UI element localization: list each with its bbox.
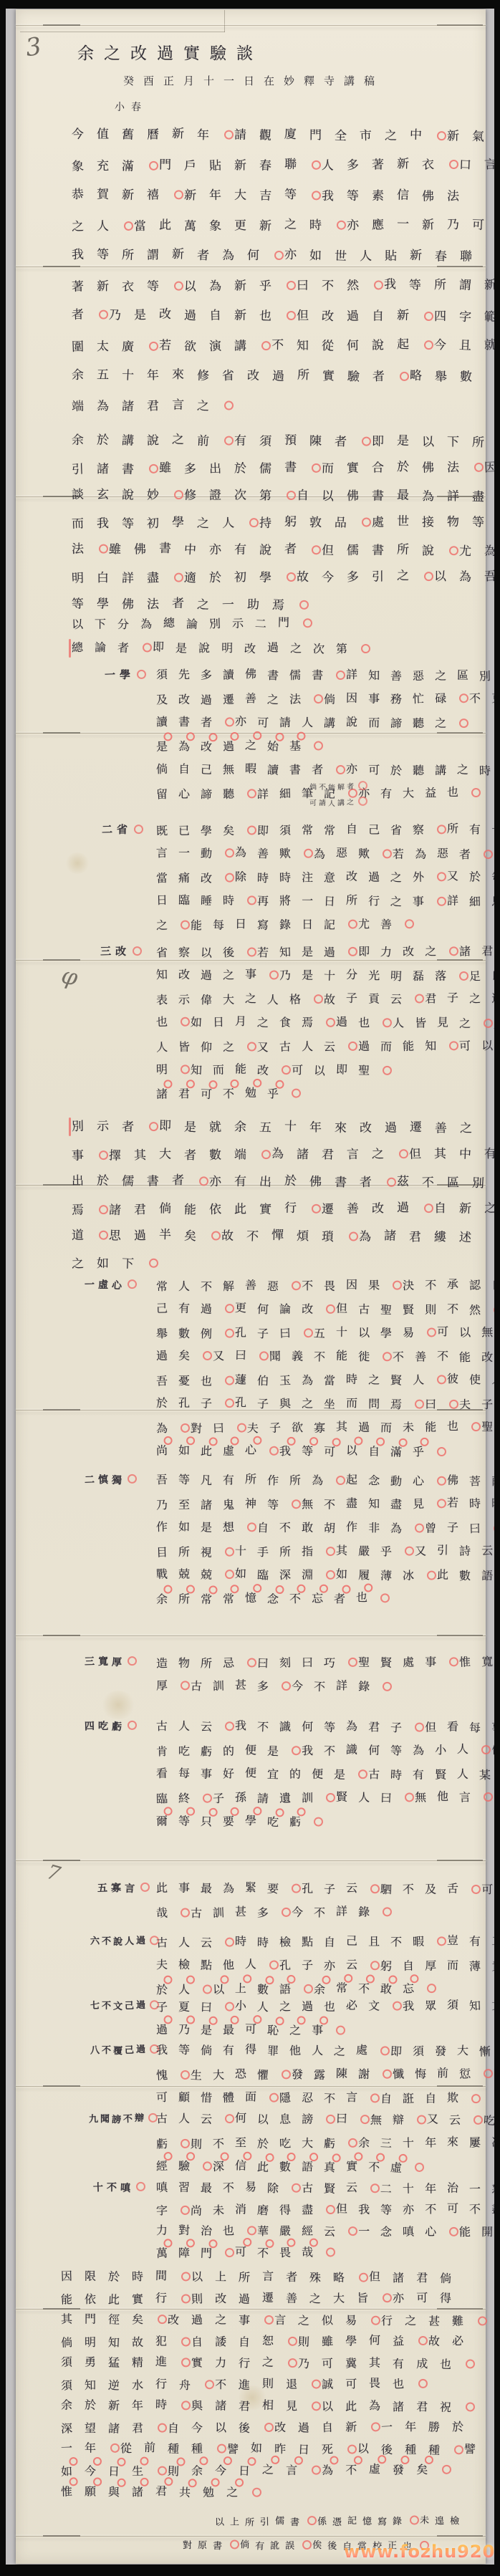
bieshi-row-3: 出於儒書者亦有出於佛書者茲不區別 <box>72 1174 497 1190</box>
red-circle-punctuation <box>459 693 468 703</box>
red-circle-punctuation <box>205 2380 214 2389</box>
para2-row-6: 明白詳盡適於初學故今多引之以為吾 <box>72 570 500 585</box>
red-circle-punctuation <box>405 919 414 928</box>
red-circle-punctuation <box>393 1281 402 1290</box>
red-circle-punctuation <box>181 2337 191 2346</box>
para2-row-2: 引諸書雖多出於儒書而實合於佛法因 <box>72 461 500 476</box>
xue-row-1: 須先多讀佛書儒書詳知善惡之區別 <box>156 668 500 683</box>
red-circle-punctuation <box>247 825 256 835</box>
red-circle-punctuation <box>348 2226 357 2236</box>
red-circle-punctuation <box>140 1883 150 1892</box>
red-circle-punctuation <box>348 1042 357 1051</box>
red-circle-punctuation <box>224 436 234 446</box>
red-circle-punctuation <box>259 1351 269 1360</box>
red-circle-punctuation <box>249 518 259 527</box>
red-circle-punctuation <box>181 1423 190 1433</box>
red-circle-punctuation <box>269 2093 279 2102</box>
red-circle-punctuation <box>337 221 346 230</box>
red-circle-punctuation <box>362 437 371 446</box>
para2-row-3: 談玄說妙修證次第自以佛書最為詳盡 <box>72 488 500 504</box>
kuanhou-row-1: 造物所忌曰刻曰巧聖賢處事惟寬惟 <box>156 1655 500 1670</box>
red-circle-punctuation <box>383 1018 392 1027</box>
red-circle-punctuation <box>203 2161 212 2171</box>
red-circle-punctuation <box>459 971 468 981</box>
red-circle-punctuation <box>383 1682 392 1691</box>
red-circle-punctuation <box>380 2046 390 2055</box>
red-circle-punctuation <box>484 850 493 859</box>
red-emphasis-bar <box>69 639 71 658</box>
red-circle-punctuation <box>128 1279 137 1289</box>
red-circle-punctuation <box>348 920 357 929</box>
xuxin-row-6: 於孔子孔子與之坐而問焉曰夫子何 <box>156 1397 500 1411</box>
red-circle-punctuation <box>314 741 323 750</box>
section-label-wenbangbubian: 九聞謗不辯 <box>89 2113 158 2125</box>
gai-row-5: 人皆仰之又古人云過而能知可以謂 <box>156 1039 500 1054</box>
red-circle-punctuation <box>418 2379 428 2388</box>
closing-para-row-5: 須勇猛精進實力行之乃可冀其有成也 <box>61 2355 476 2370</box>
red-circle-punctuation <box>437 1447 446 1456</box>
xuxin-row-3: 舉數例孔子曰五十以學易可以無大 <box>156 1326 500 1340</box>
red-circle-punctuation <box>424 572 433 581</box>
red-circle-punctuation <box>225 1398 234 1408</box>
red-circle-punctuation <box>312 2401 321 2411</box>
red-circle-punctuation <box>361 644 370 653</box>
red-circle-punctuation <box>158 2315 167 2324</box>
red-circle-punctuation <box>312 463 321 473</box>
red-circle-punctuation <box>326 1793 335 1802</box>
red-circle-punctuation <box>349 1232 358 1241</box>
red-circle-punctuation <box>247 1042 256 1052</box>
red-circle-punctuation <box>128 1656 137 1666</box>
pencil-mark: 7 <box>44 1860 63 1886</box>
red-circle-punctuation <box>217 2444 226 2454</box>
red-circle-punctuation <box>225 2248 234 2257</box>
red-circle-punctuation <box>181 2206 190 2215</box>
red-circle-punctuation <box>360 2115 370 2124</box>
red-circle-punctuation <box>303 618 312 628</box>
red-circle-punctuation <box>181 1017 190 1027</box>
xuxin-row-2: 己有過更何論改但古聖賢則不然今 <box>156 1302 500 1317</box>
red-circle-punctuation <box>374 280 383 289</box>
wenbangbubian-row-3: 經驗深信此數語真實不虛 <box>156 2160 425 2174</box>
xue-insert-2: 可請人講之 <box>309 797 368 807</box>
red-circle-punctuation <box>383 2293 392 2302</box>
red-circle-punctuation <box>136 2182 145 2191</box>
postscript-row-1: 以上所引儒書係憑記憶寫錄未遑檢 <box>215 2515 465 2528</box>
red-circle-punctuation <box>143 643 152 652</box>
outline-row: 以下分為總論別示二門 <box>72 617 313 630</box>
xing-row-2: 言一動為善歟為惡歟若為惡者即 <box>156 847 500 861</box>
red-circle-punctuation <box>99 1231 108 1240</box>
red-circle-punctuation <box>449 1041 458 1050</box>
red-circle-punctuation <box>99 1150 108 1160</box>
red-circle-punctuation <box>449 546 458 555</box>
red-circle-punctuation <box>149 161 158 170</box>
watermark: www.fozhu920.com <box>344 2542 500 2562</box>
red-circle-punctuation <box>471 1885 481 1894</box>
red-circle-punctuation <box>158 2423 167 2433</box>
red-circle-punctuation <box>203 1985 212 1994</box>
red-circle-punctuation <box>225 717 234 726</box>
gai-row-2: 知改過之事乃是十分光明磊落足以 <box>156 969 500 983</box>
red-circle-punctuation <box>336 2026 345 2035</box>
para1-row-10: 端為諸君言之 <box>72 400 234 414</box>
red-circle-punctuation <box>181 921 190 930</box>
red-circle-punctuation <box>133 946 142 956</box>
red-circle-punctuation <box>449 160 458 169</box>
red-circle-punctuation <box>128 1721 137 1730</box>
red-circle-punctuation <box>282 1065 291 1075</box>
red-circle-punctuation <box>383 1352 392 1361</box>
red-circle-punctuation <box>405 1547 414 1556</box>
red-circle-punctuation <box>174 190 183 199</box>
red-circle-punctuation <box>181 2400 191 2410</box>
red-circle-punctuation <box>225 2114 234 2123</box>
page-number: 3 <box>24 32 43 63</box>
red-circle-punctuation <box>427 1571 436 1580</box>
red-circle-punctuation <box>473 2115 483 2125</box>
xuxin-row-1: 常人不解善惡不畏因果決不承認自 <box>156 1279 500 1293</box>
red-circle-punctuation <box>149 1122 158 1131</box>
red-circle-punctuation <box>410 2516 419 2525</box>
red-circle-punctuation <box>312 191 321 200</box>
para2-row-4: 而我等初學之人持躬敦品處世接物等 <box>72 516 497 531</box>
red-circle-punctuation <box>282 1908 291 1917</box>
red-circle-punctuation <box>371 2316 380 2325</box>
red-circle-punctuation <box>415 1400 424 1409</box>
red-circle-punctuation <box>307 2516 317 2525</box>
red-circle-punctuation <box>247 895 256 905</box>
red-circle-punctuation <box>415 2163 424 2172</box>
red-circle-punctuation <box>304 1328 313 1337</box>
red-circle-punctuation <box>304 1984 313 1994</box>
red-circle-punctuation <box>312 2466 321 2475</box>
red-circle-punctuation <box>292 1884 301 1893</box>
red-circle-punctuation <box>358 797 367 806</box>
shendu-row-4: 目所視十手所指其嚴乎又引詩云戰 <box>156 1544 500 1559</box>
pencil-mark: φ <box>59 961 80 991</box>
red-circle-punctuation <box>149 464 158 474</box>
red-circle-punctuation <box>174 573 183 582</box>
shendu-row-2: 乃至諸鬼神等無不盡知盡見若時時 <box>156 1497 500 1512</box>
red-circle-punctuation <box>370 1884 380 1893</box>
red-circle-punctuation <box>399 1149 408 1158</box>
section-label-guayan: 五寡言 <box>97 1883 150 1895</box>
red-circle-punctuation <box>269 971 279 980</box>
red-circle-punctuation <box>247 948 256 957</box>
red-circle-punctuation <box>326 2205 335 2214</box>
red-circle-punctuation <box>287 572 296 582</box>
red-circle-punctuation <box>484 1019 493 1028</box>
para1-row-2: 象充滿門戶貼新春聯人多著新衣口言 <box>72 158 500 173</box>
red-circle-punctuation <box>292 1281 301 1290</box>
xing-row-4: 日臨睡時再將一日所行之事詳細思 <box>156 894 500 908</box>
red-circle-punctuation <box>99 310 108 319</box>
para1-row-8: 圍太廣若欲演講不知從何說起今且就 <box>72 339 500 354</box>
red-circle-punctuation <box>383 1066 392 1075</box>
red-circle-punctuation <box>474 463 484 472</box>
red-circle-punctuation <box>471 1422 481 1431</box>
red-circle-punctuation <box>437 131 446 140</box>
red-circle-punctuation <box>181 2358 191 2367</box>
red-circle-punctuation <box>424 340 433 350</box>
bushuorenguo-row-1: 古人云時時檢點自己且不暇豈有工 <box>156 1935 500 1949</box>
red-circle-punctuation <box>358 1769 367 1779</box>
red-circle-punctuation <box>417 2115 426 2124</box>
red-circle-punctuation <box>314 994 323 1004</box>
shendu-row-3: 作如是想自不敢胡作非為曾子曰十 <box>156 1521 500 1535</box>
red-circle-punctuation <box>437 825 446 834</box>
red-circle-punctuation <box>314 1817 323 1827</box>
red-circle-punctuation <box>362 517 371 527</box>
bufujiguo-row-3: 可顧惜體面隱忍不言自誑自欺 <box>156 2091 481 2105</box>
para1-row-6: 著新衣等以為新乎曰不然我等所謂新 <box>72 279 500 294</box>
red-circle-punctuation <box>247 1658 256 1668</box>
red-circle-punctuation <box>282 2070 291 2079</box>
red-circle-punctuation <box>427 1984 436 1993</box>
section-label-er-xing: 二省 <box>102 824 144 836</box>
buchen-row-1: 嗔習最不易除古賢云二十年治一怒 <box>156 2181 500 2196</box>
para1-row-7: 者乃是改過自新也但改過自新四字範 <box>72 308 500 324</box>
red-circle-punctuation <box>387 1178 396 1187</box>
red-circle-punctuation <box>449 2227 458 2236</box>
chikui-row-5: 爾等只要學吃虧 <box>156 1815 324 1828</box>
para1-row-5: 我等所謂新者為何亦如世人貼新春聯 <box>72 248 485 264</box>
section-label-chikui: 四吃虧 <box>85 1721 138 1733</box>
red-circle-punctuation <box>269 1961 279 1970</box>
red-circle-punctuation <box>225 1721 234 1731</box>
kuanhou-row-2: 厚古訓甚多今不詳錄 <box>156 1679 393 1693</box>
red-circle-punctuation <box>437 1499 446 1508</box>
red-circle-punctuation <box>174 282 183 291</box>
shendu-row-6: 余所常常憶念不忘者也 <box>156 1592 390 1605</box>
red-circle-punctuation <box>336 1476 345 1485</box>
xue-row-4: 是為改過之始基 <box>156 739 324 753</box>
red-circle-punctuation <box>110 2443 120 2453</box>
red-circle-punctuation <box>211 1231 221 1241</box>
red-circle-punctuation <box>224 401 234 410</box>
red-circle-punctuation <box>292 1089 301 1098</box>
red-circle-punctuation <box>224 130 234 140</box>
xue-insert-1: 倘不能解者 <box>309 781 368 792</box>
bieshi-row-4: 焉諸君倘能依此實行遷善改過自新之 <box>72 1202 500 1217</box>
xing-row-3: 當痛改除時時注意改過之外又於每 <box>156 870 500 885</box>
red-circle-punctuation <box>326 1570 335 1580</box>
red-circle-punctuation <box>181 2294 191 2303</box>
red-circle-punctuation <box>427 1327 436 1337</box>
red-circle-punctuation <box>247 1522 256 1532</box>
section-label-bushuorenguo: 六不說人過 <box>90 1936 160 1948</box>
red-circle-punctuation <box>437 1936 446 1946</box>
red-circle-punctuation <box>247 2226 256 2235</box>
section-label-san-gai: 三改 <box>100 946 143 958</box>
red-circle-punctuation <box>348 1658 357 1667</box>
document-title: 余之改過實驗談 <box>77 40 263 64</box>
closing-para-row-8: 深望諸君自今以後改過自新一年勝於 <box>61 2421 476 2435</box>
gai-row-7: 諸君可不勉乎 <box>156 1087 302 1100</box>
closing-para-row-1: 因限於時間以上所言者殊略但諸君倘 <box>61 2270 463 2285</box>
buchen-row-2: 字尚未消磨得盡但我等亦不可不盡 <box>156 2203 500 2217</box>
red-circle-punctuation <box>383 849 392 858</box>
red-circle-punctuation <box>134 825 143 834</box>
closing-para-row-11: 惟願與諸君共勉之 <box>61 2485 262 2499</box>
red-circle-punctuation <box>494 1524 500 1533</box>
para2-row-7: 等學佛法者之一助焉 <box>72 597 309 612</box>
red-circle-punctuation <box>484 2069 493 2078</box>
xue-row-2: 及改過遷善之法倘因事務忙碌不克 <box>156 692 500 706</box>
section-label-buwenjiguo: 七不文己過 <box>90 2000 160 2012</box>
bufujiguo-row-2: 愧生大恐懼發露陳謝懺悔前愆萬不 <box>156 2067 500 2082</box>
closing-para-row-3: 其門徑矣改過之事言之似易行之甚難 <box>61 2312 488 2327</box>
red-circle-punctuation <box>370 2093 380 2102</box>
red-circle-punctuation <box>494 1305 500 1315</box>
bieshi-row-2: 事擇其大者數端為諸君言之但其中有 <box>72 1148 500 1163</box>
red-circle-punctuation <box>181 2139 190 2148</box>
xue-row-3: 讀書者亦可請人講說而諦聽之 <box>156 716 469 730</box>
red-circle-punctuation <box>348 947 357 956</box>
red-circle-punctuation <box>174 490 183 499</box>
red-circle-punctuation <box>225 848 234 857</box>
red-circle-punctuation <box>336 671 345 680</box>
red-circle-punctuation <box>326 1304 335 1314</box>
red-circle-punctuation <box>380 1593 390 1602</box>
red-circle-punctuation <box>237 1423 246 1433</box>
red-circle-punctuation <box>203 1351 212 1360</box>
red-circle-punctuation <box>484 1792 493 1802</box>
closing-para-row-4: 倘明知故犯自諉自恕則雖學何益故必 <box>61 2335 476 2349</box>
red-circle-punctuation <box>264 2423 274 2432</box>
red-circle-punctuation <box>252 2488 261 2497</box>
document-subtitle: 癸酉正月十一日在妙釋寺講稿 <box>123 73 384 88</box>
red-circle-punctuation <box>359 2273 368 2282</box>
red-circle-punctuation <box>383 2070 392 2079</box>
section-label-xuxin: 一虛心 <box>85 1279 138 1292</box>
gai-row-3: 表示偉大之人格故子貢云君子之過 <box>156 992 500 1006</box>
red-circle-punctuation <box>287 491 296 500</box>
red-circle-punctuation <box>358 781 367 790</box>
red-circle-punctuation <box>203 1794 212 1803</box>
red-circle-punctuation <box>288 2358 297 2368</box>
bieshi-row-6: 之如下 <box>72 1257 159 1271</box>
shendu-row-1: 吾等凡有所作所為起念動心佛菩薩 <box>156 1474 500 1488</box>
red-circle-punctuation <box>314 694 323 703</box>
red-circle-punctuation <box>181 1681 190 1690</box>
red-circle-punctuation <box>225 1547 234 1557</box>
buwenjiguo-row-1: 子夏曰小人之過也必文我眾須知文 <box>156 1999 500 2014</box>
red-circle-punctuation <box>336 765 345 774</box>
red-circle-punctuation <box>312 1204 321 1213</box>
closing-para-row-2: 能依此實行則改過遷善之大旨亦可得 <box>61 2292 463 2306</box>
xuxin-row-4: 過矣又曰聞義不能徙不善不能改是 <box>156 1350 500 1364</box>
red-circle-punctuation <box>292 1746 301 1755</box>
red-circle-punctuation <box>437 1476 446 1486</box>
red-circle-punctuation <box>400 372 409 381</box>
manuscript-content: 3 余之改過實驗談 癸酉正月十一日在妙釋寺講稿 小春 φ7今值舊曆新年請觀廈門全… <box>0 0 500 2576</box>
bieshi-row-5: 道思過半矣故不憚煩瑣為諸君縷述 <box>72 1229 484 1244</box>
red-circle-punctuation <box>128 1474 137 1484</box>
closing-para-row-10: 如今日生則余今日之言為不虛發矣 <box>61 2464 452 2478</box>
para1-row-3: 恭賀新禧新年大吉等我等素信佛法 <box>72 188 472 204</box>
red-emphasis-bar <box>69 1118 71 1136</box>
red-circle-punctuation <box>181 2070 190 2080</box>
red-circle-punctuation <box>304 849 313 858</box>
closing-para-row-9: 一年從前種種譬如昨日死以後種種譬 <box>61 2441 488 2456</box>
red-circle-punctuation <box>99 544 108 554</box>
para1-row-4: 之人當此萬象更新之時亦應一新乃可 <box>72 218 500 234</box>
red-circle-punctuation <box>312 545 321 554</box>
red-circle-punctuation <box>181 1064 190 1074</box>
red-circle-punctuation <box>261 341 271 350</box>
closing-para-row-6: 須知逆水行舟不進則退誠可畏也 <box>61 2378 428 2392</box>
red-circle-punctuation <box>225 873 234 883</box>
bieshi-row-1: 別示者即是就余五十年來改過遷善之 <box>72 1120 485 1135</box>
xing-row-5: 之能每日寫錄日記尤善 <box>156 918 415 931</box>
red-circle-punctuation <box>199 1176 208 1186</box>
red-circle-punctuation <box>424 1203 433 1213</box>
xuxin-row-8: 尚如此虛心我等可以自滿乎 <box>156 1444 447 1458</box>
xuxin-row-5: 吾憂也蘧伯玉為當時之賢人彼使人 <box>156 1373 500 1388</box>
para1-row-9: 余五十年來修省改過所實驗者略舉數 <box>72 368 485 384</box>
closing-para-row-7: 余於新年時與諸君相見以此為諸君祝 <box>61 2398 476 2413</box>
chikui-row-2: 肯吃虧的便是我不識何等為小人但 <box>156 1744 500 1758</box>
red-circle-punctuation <box>371 2422 380 2431</box>
red-circle-punctuation <box>312 160 321 170</box>
chikui-row-4: 臨終子孫請遺訓賢人曰無他言 <box>156 1791 494 1805</box>
red-circle-punctuation <box>326 2247 335 2257</box>
red-circle-punctuation <box>424 312 433 321</box>
red-circle-punctuation <box>288 2337 297 2346</box>
gai-row-6: 明知而能改可以即聖 <box>156 1063 393 1077</box>
red-circle-punctuation <box>454 2445 463 2454</box>
red-circle-punctuation <box>471 788 481 797</box>
red-circle-punctuation <box>415 1723 424 1732</box>
section-label-yi-xue: 一學 <box>105 669 147 681</box>
xue-row-5: 倘自己無暇讀書者亦可於聽講之時 <box>156 763 500 777</box>
red-circle-punctuation <box>437 1375 446 1384</box>
red-circle-punctuation <box>137 670 146 679</box>
red-circle-punctuation <box>405 1792 414 1802</box>
xuxin-row-7: 為對曰夫子欲寡其過而未能也聖賢 <box>156 1421 500 1435</box>
red-circle-punctuation <box>292 1499 301 1509</box>
red-circle-punctuation <box>466 2402 475 2411</box>
red-circle-punctuation <box>326 2115 335 2124</box>
xing-row-1: 既已學矣即須常常自己省察所有一 <box>156 823 500 837</box>
red-circle-punctuation <box>312 2380 321 2389</box>
para2-row-1: 余於講說之前有須預陳者即是以下所 <box>72 433 497 449</box>
red-circle-punctuation <box>370 2183 380 2193</box>
red-circle-punctuation <box>415 1524 424 1533</box>
red-circle-punctuation <box>282 1681 291 1691</box>
wenbangbubian-row-2: 虧則不至於吃大虧余三十年來屢次 <box>156 2136 500 2150</box>
red-circle-punctuation <box>181 1908 190 1918</box>
red-circle-punctuation <box>225 1304 234 1313</box>
red-circle-punctuation <box>230 2539 239 2549</box>
red-circle-punctuation <box>149 1259 158 1268</box>
red-circle-punctuation <box>471 2094 481 2103</box>
red-circle-punctuation <box>478 2316 487 2325</box>
red-circle-punctuation <box>348 2138 357 2148</box>
buchen-row-3: 力對治也華嚴經云一念嗔心能開百 <box>156 2224 500 2239</box>
buwenjiguo-row-2: 過乃是最可恥之事 <box>156 2023 346 2037</box>
red-circle-punctuation <box>158 2466 167 2476</box>
red-circle-punctuation <box>481 1745 491 1754</box>
red-circle-punctuation <box>326 1018 335 1027</box>
red-circle-punctuation <box>418 2336 428 2345</box>
gai-row-1: 省察以後若知是過即力改之諸君須 <box>156 945 500 959</box>
red-circle-punctuation <box>287 311 296 320</box>
section-label-shendu: 二慎獨 <box>85 1474 138 1486</box>
shendu-row-5: 戰兢兢如臨深淵如履薄冰此數語為 <box>156 1568 500 1582</box>
